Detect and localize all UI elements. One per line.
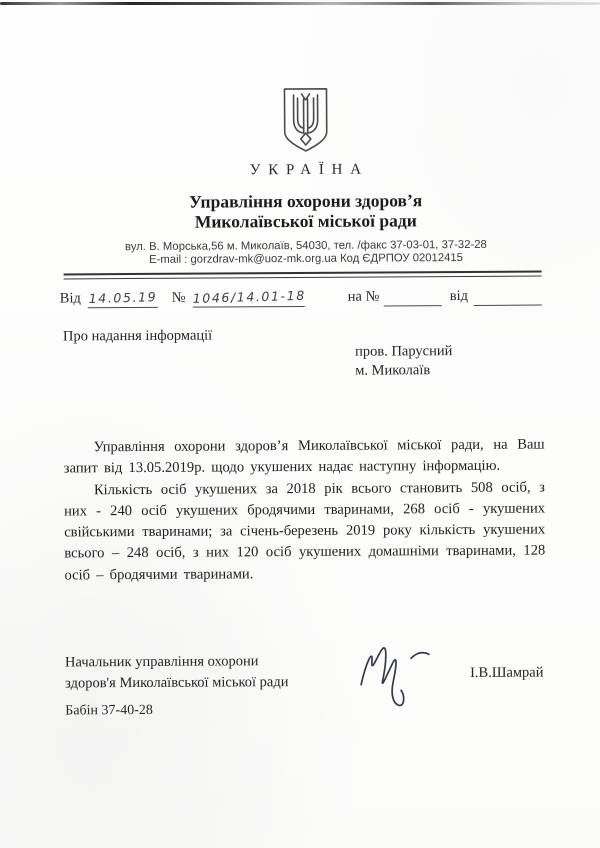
letter-body: Управління охорони здоров’я Миколаївсько… — [64, 435, 546, 587]
recipient-street: пров. Парусний — [355, 342, 452, 362]
country-title: УКРАЇНА — [59, 160, 552, 180]
signer-name: І.В.Шамрай — [470, 665, 544, 682]
recipient-block: пров. Парусний м. Миколаїв — [355, 342, 453, 381]
number-slot: 1046/14.01-18 — [193, 289, 305, 308]
from-label: Від — [60, 290, 81, 307]
on-from-label: від — [450, 288, 468, 305]
letter-content: УКРАЇНА Управління охорони здоров’я Мико… — [0, 0, 600, 848]
on-number-blank — [384, 288, 442, 306]
body-paragraph-2: Кількість осіб укушених за 2018 рік всьо… — [64, 477, 546, 586]
handwritten-date: 14.05.19 — [88, 289, 157, 306]
executor-contact: Бабін 37-40-28 — [65, 703, 153, 720]
body-paragraph-1: Управління охорони здоров’я Миколаївсько… — [64, 435, 545, 481]
org-name-line2: Миколаївської міської ради — [59, 210, 552, 232]
scanned-letter-page: УКРАЇНА Управління охорони здоров’я Мико… — [0, 0, 600, 848]
handwritten-signature-icon — [353, 638, 448, 714]
handwritten-number: 1046/14.01-18 — [193, 288, 306, 306]
recipient-city: м. Миколаїв — [355, 361, 452, 381]
subject-line: Про надання інформації — [63, 328, 212, 346]
org-name-line1: Управління охорони здоров’я — [59, 190, 552, 212]
reference-line: Від 14.05.19 № 1046/14.01-18 на № від — [60, 286, 542, 313]
org-email: E-mail : gorzdrav-mk@uoz-mk.org.ua Код Є… — [59, 251, 552, 266]
ukraine-trident-emblem-icon — [280, 87, 330, 155]
from-date-slot: 14.05.19 — [88, 290, 158, 308]
header-divider — [64, 271, 542, 280]
number-label: № — [172, 290, 186, 307]
on-from-blank — [474, 288, 542, 306]
on-number-label: на № — [348, 289, 380, 306]
